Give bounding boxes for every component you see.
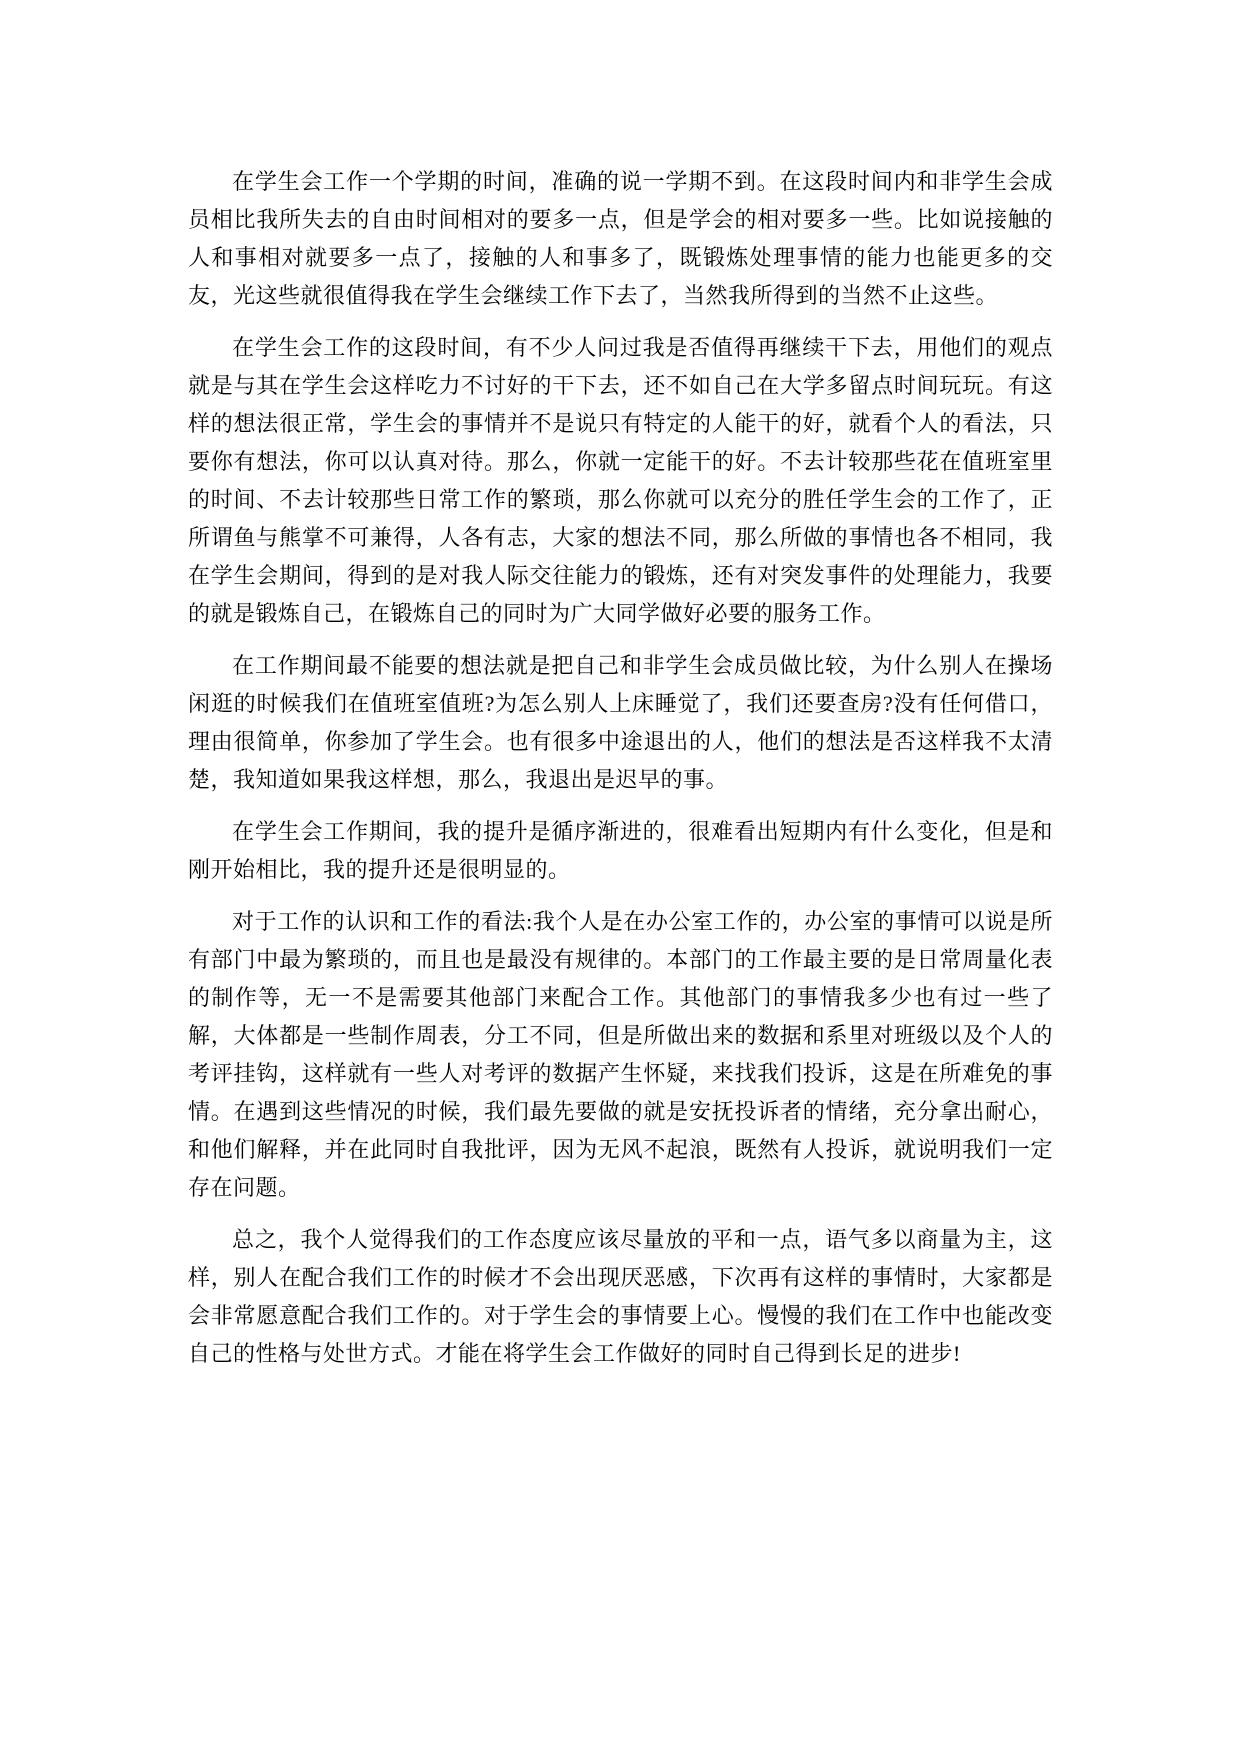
paragraph-5: 对于工作的认识和工作的看法:我个人是在办公室工作的，办公室的事情可以说是所有部门… <box>188 903 1053 1207</box>
paragraph-6: 总之，我个人觉得我们的工作态度应该尽量放的平和一点，语气多以商量为主，这样，别人… <box>188 1221 1053 1373</box>
document-page: 在学生会工作一个学期的时间，准确的说一学期不到。在这段时间内和非学生会成员相比我… <box>0 0 1241 1754</box>
paragraph-1: 在学生会工作一个学期的时间，准确的说一学期不到。在这段时间内和非学生会成员相比我… <box>188 163 1053 315</box>
paragraph-4: 在学生会工作期间，我的提升是循序渐进的，很难看出短期内有什么变化，但是和刚开始相… <box>188 813 1053 889</box>
paragraph-2: 在学生会工作的这段时间，有不少人问过我是否值得再继续干下去，用他们的观点就是与其… <box>188 329 1053 633</box>
document-body: 在学生会工作一个学期的时间，准确的说一学期不到。在这段时间内和非学生会成员相比我… <box>188 163 1053 1373</box>
paragraph-3: 在工作期间最不能要的想法就是把自己和非学生会成员做比较，为什么别人在操场闲逛的时… <box>188 647 1053 799</box>
